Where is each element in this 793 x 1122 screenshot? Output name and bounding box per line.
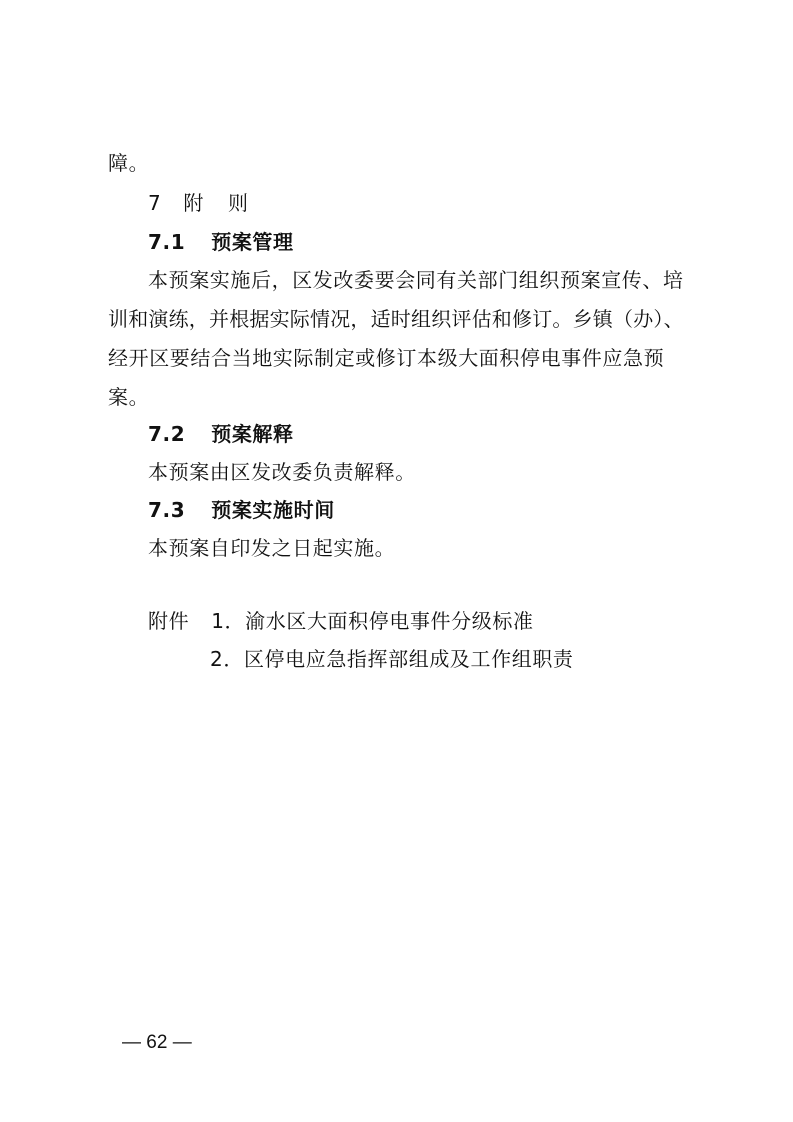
document-page: 障。 7附则 7.1预案管理 本预案实施后，区发改委要会同有关部门组织预案宣传、… bbox=[0, 0, 793, 1122]
chapter-number: 7 bbox=[148, 191, 161, 215]
chapter-title-part1: 附 bbox=[183, 191, 204, 215]
attachment-index: 2． bbox=[210, 647, 244, 671]
section-7-1-body-line-1: 本预案实施后，区发改委要会同有关部门组织预案宣传、培 bbox=[148, 268, 684, 292]
body-line: 本预案由区发改委负责解释。 bbox=[148, 460, 416, 484]
section-7-1-body-line-3: 经开区要结合当地实际制定或修订本级大面积停电事件应急预 bbox=[108, 346, 664, 370]
chapter-title-part2: 则 bbox=[228, 191, 249, 215]
section-title: 预案管理 bbox=[211, 230, 293, 254]
body-line: 本预案实施后，区发改委要会同有关部门组织预案宣传、培 bbox=[148, 268, 684, 292]
page-number-footer: — 62 — bbox=[122, 1032, 192, 1054]
attachment-title: 区停电应急指挥部组成及工作组职责 bbox=[244, 647, 574, 671]
attachment-title: 渝水区大面积停电事件分级标准 bbox=[245, 609, 533, 633]
attachment-item-2: 2．区停电应急指挥部组成及工作组职责 bbox=[210, 647, 574, 671]
attachment-index: 1． bbox=[211, 609, 245, 633]
body-line: 本预案自印发之日起实施。 bbox=[148, 536, 395, 560]
page-number-dash-left: — bbox=[122, 1032, 141, 1053]
section-number: 7.2 bbox=[148, 422, 185, 446]
continuation-text-content: 障。 bbox=[108, 151, 149, 175]
section-7-1-body-line-2: 训和演练，并根据实际情况，适时组织评估和修订。乡镇（办）、 bbox=[108, 307, 684, 331]
section-7-2-body: 本预案由区发改委负责解释。 bbox=[148, 460, 416, 484]
continuation-text: 障。 bbox=[108, 151, 149, 175]
page-number: 62 bbox=[146, 1032, 167, 1053]
section-heading-7-3: 7.3预案实施时间 bbox=[148, 498, 335, 522]
section-title: 预案实施时间 bbox=[211, 498, 335, 522]
section-7-1-body-line-4: 案。 bbox=[108, 385, 149, 409]
attachment-item-1: 附件1．渝水区大面积停电事件分级标准 bbox=[148, 609, 534, 633]
body-line: 案。 bbox=[108, 385, 149, 409]
section-heading-7-2: 7.2预案解释 bbox=[148, 422, 294, 446]
section-7-3-body: 本预案自印发之日起实施。 bbox=[148, 536, 395, 560]
page-number-dash-right: — bbox=[173, 1032, 192, 1053]
section-number: 7.3 bbox=[148, 498, 185, 522]
chapter-heading: 7附则 bbox=[148, 191, 249, 215]
section-number: 7.1 bbox=[148, 230, 185, 254]
body-line: 训和演练，并根据实际情况，适时组织评估和修订。乡镇（办）、 bbox=[108, 307, 684, 331]
section-title: 预案解释 bbox=[211, 422, 293, 446]
attachments-label: 附件 bbox=[148, 609, 189, 633]
section-heading-7-1: 7.1预案管理 bbox=[148, 230, 294, 254]
body-line: 经开区要结合当地实际制定或修订本级大面积停电事件应急预 bbox=[108, 346, 664, 370]
